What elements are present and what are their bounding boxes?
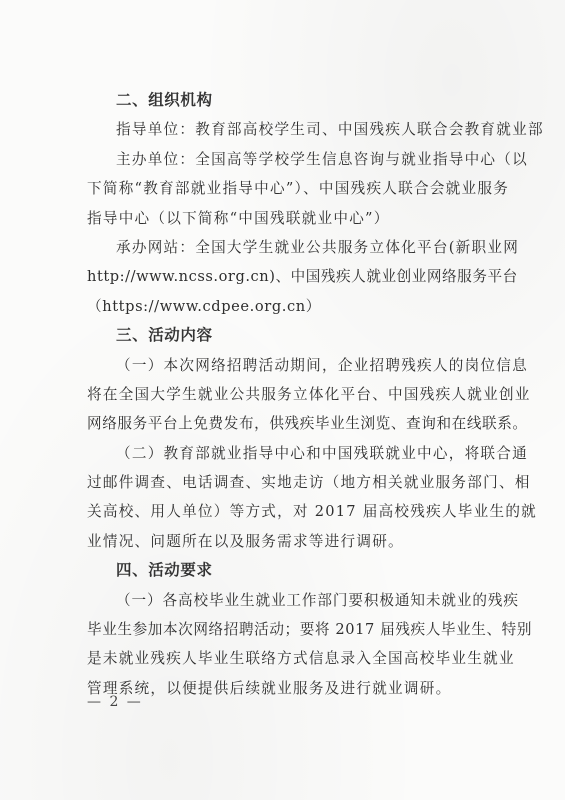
paragraph-line: 承办网站：全国大学生就业公共服务立体化平台(新职业网 [87, 233, 489, 262]
section-heading-organization: 二、组织机构 [87, 86, 489, 115]
paragraph-line: 管理系统，以便提供后续就业服务及进行就业调研。 [87, 674, 489, 703]
paragraph-line: 是未就业残疾人毕业生联络方式信息录入全国高校毕业生就业 [87, 644, 489, 673]
paragraph-line: 过邮件调查、电话调查、实地走访（地方相关就业服务部门、相 [87, 468, 489, 497]
paragraph-line: 毕业生参加本次网络招聘活动；要将 2017 届残疾人毕业生、特别 [87, 615, 489, 644]
paragraph-line: （一）本次网络招聘活动期间，企业招聘残疾人的岗位信息 [87, 351, 489, 380]
paragraph-line: 主办单位：全国高等学校学生信息咨询与就业指导中心（以 [87, 145, 489, 174]
paragraph-line: 下简称“教育部就业指导中心”）、中国残疾人联合会就业服务 [87, 174, 489, 203]
document-body: 二、组织机构 指导单位：教育部高校学生司、中国残疾人联合会教育就业部 主办单位：… [87, 86, 489, 703]
paragraph-line: 指导中心（以下简称“中国残联就业中心”） [87, 204, 489, 233]
paragraph-line: 网络服务平台上免费发布，供残疾毕业生浏览、查询和在线联系。 [87, 409, 489, 438]
paragraph-line: （一）各高校毕业生就业工作部门要积极通知未就业的残疾 [87, 586, 489, 615]
section-heading-activity-requirements: 四、活动要求 [87, 556, 489, 585]
section-heading-activity-content: 三、活动内容 [87, 321, 489, 350]
page-number: — 2 — [87, 694, 143, 710]
paragraph-line: （二）教育部就业指导中心和中国残联就业中心，将联合通 [87, 439, 489, 468]
paragraph-line-url-cdpee: （https://www.cdpee.org.cn） [87, 292, 489, 321]
paragraph-line-url-ncss: http://www.ncss.org.cn)、中国残疾人就业创业网络服务平台 [87, 262, 489, 291]
paragraph-line: 关高校、用人单位）等方式，对 2017 届高校残疾人毕业生的就 [87, 497, 489, 526]
paragraph-line: 指导单位：教育部高校学生司、中国残疾人联合会教育就业部 [87, 115, 489, 144]
paragraph-line: 将在全国大学生就业公共服务立体化平台、中国残疾人就业创业 [87, 380, 489, 409]
paragraph-line: 业情况、问题所在以及服务需求等进行调研。 [87, 527, 489, 556]
